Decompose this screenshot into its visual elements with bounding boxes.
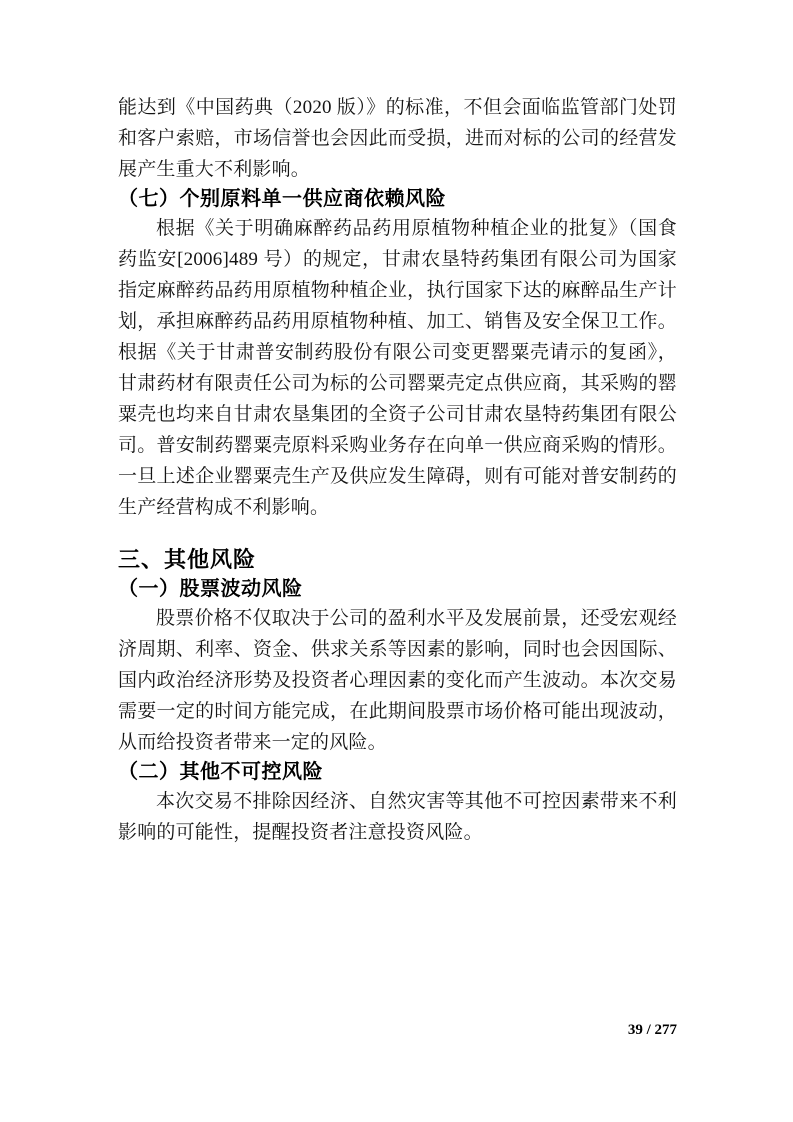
- document-page: 能达到《中国药典（2020 版）》的标准，不但会面临监管部门处罚和客户索赔，市场…: [0, 0, 793, 1122]
- heading-chapter-3-other-risks: 三、其他风险: [118, 545, 677, 575]
- page-content: 能达到《中国药典（2020 版）》的标准，不但会面临监管部门处罚和客户索赔，市场…: [118, 92, 677, 848]
- paragraph-single-supplier-risk: 根据《关于明确麻醉药品药用原植物种植企业的批复》（国食药监安[2006]489 …: [118, 213, 677, 523]
- paragraph-pharmacopoeia-continuation: 能达到《中国药典（2020 版）》的标准，不但会面临监管部门处罚和客户索赔，市场…: [118, 92, 677, 185]
- heading-section-7-single-supplier-dependence-risk: （七）个别原料单一供应商依赖风险: [118, 185, 677, 213]
- heading-section-1-stock-volatility-risk: （一）股票波动风险: [118, 575, 677, 603]
- page-number: 39 / 277: [628, 1022, 677, 1039]
- paragraph-uncontrollable-risk: 本次交易不排除因经济、自然灾害等其他不可控因素带来不利影响的可能性，提醒投资者注…: [118, 786, 677, 848]
- paragraph-stock-volatility-risk: 股票价格不仅取决于公司的盈利水平及发展前景，还受宏观经济周期、利率、资金、供求关…: [118, 603, 677, 758]
- heading-section-2-other-uncontrollable-risk: （二）其他不可控风险: [118, 758, 677, 786]
